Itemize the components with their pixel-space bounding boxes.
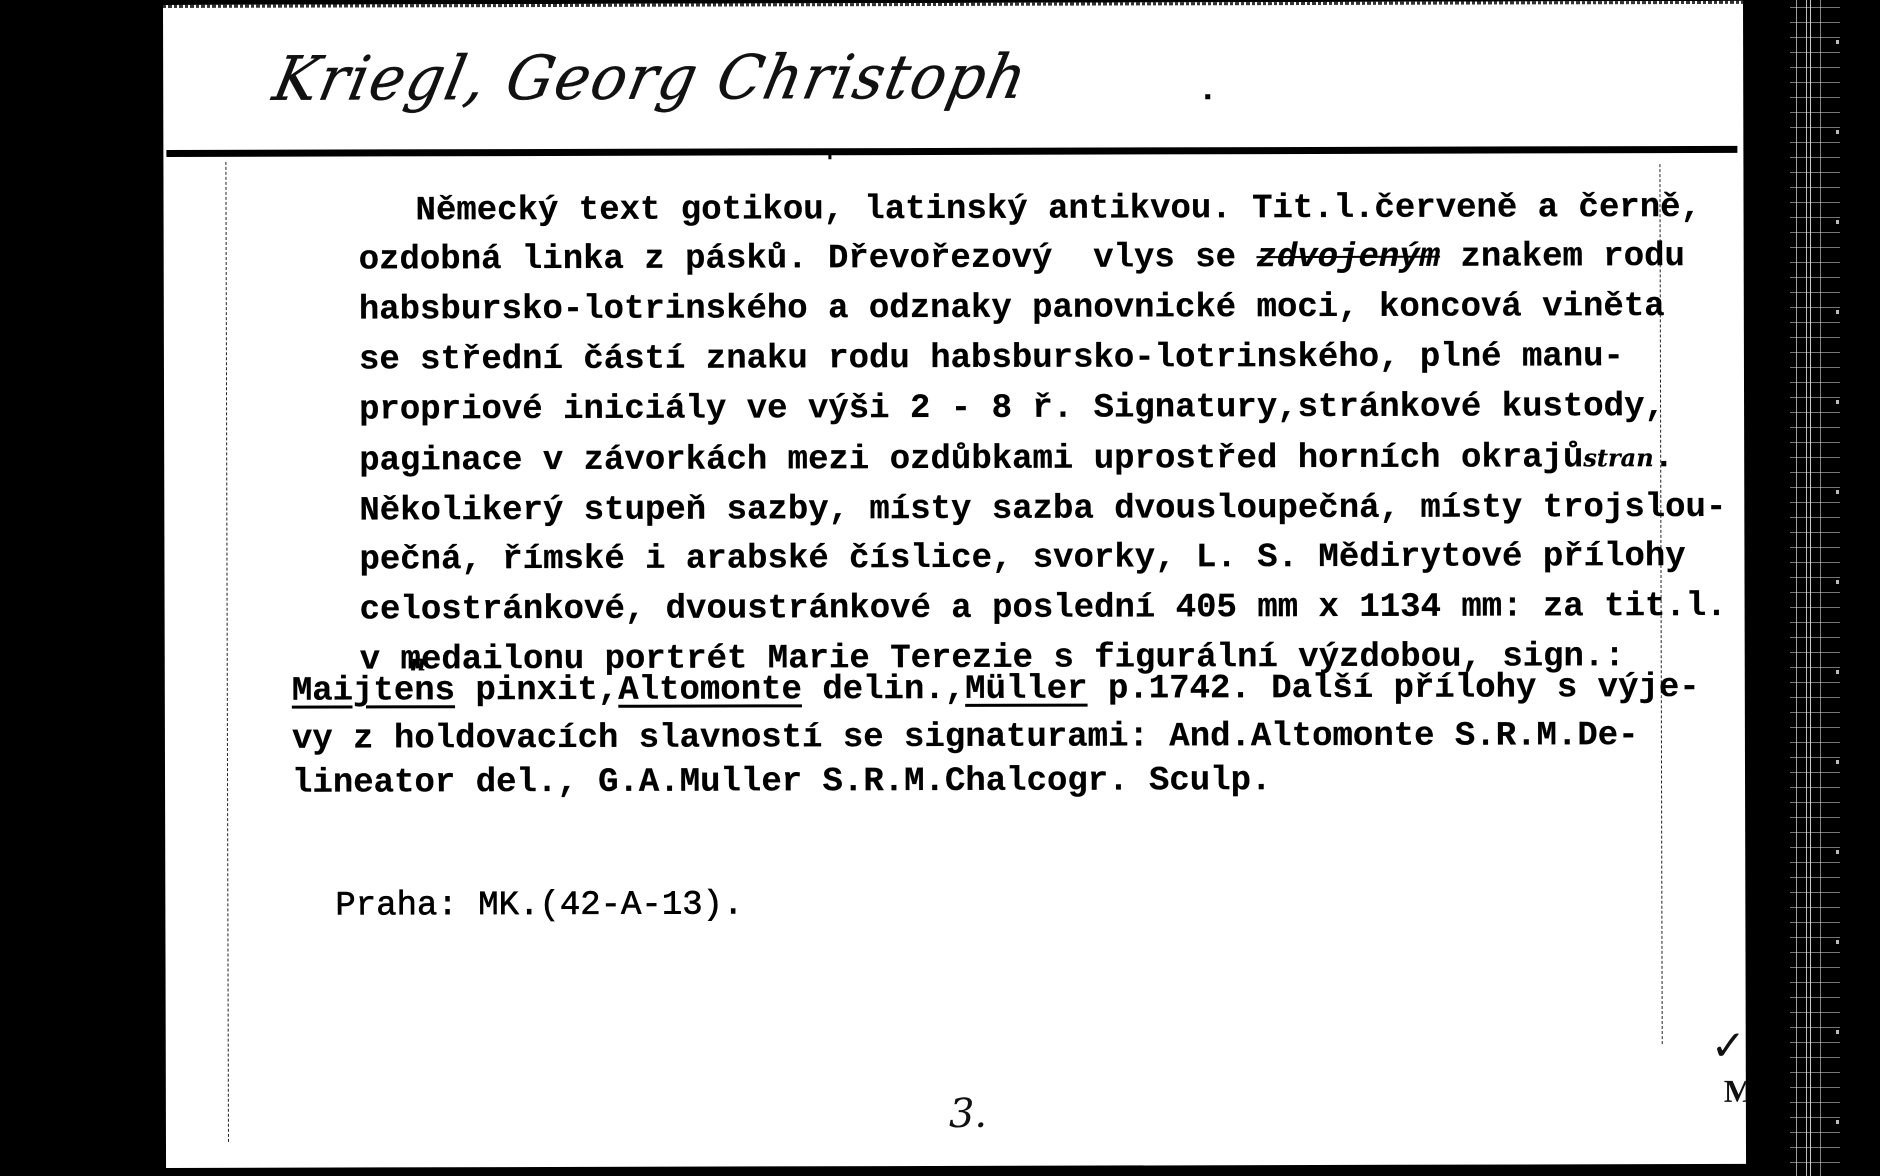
typed-text: pečná, římské i arabské číslice, svorky,… <box>359 538 1685 579</box>
handwritten-page-number: 3. <box>949 1091 987 1137</box>
typed-text: p.1742. Další přílohy s výje- <box>1088 669 1700 709</box>
handwritten-note: stran <box>1583 443 1653 472</box>
signature-line: vy z holdovacích slavností se signaturam… <box>292 719 1639 757</box>
typed-line: habsbursko-lotrinského a odznaky panovni… <box>359 290 1665 327</box>
typed-text: . <box>1654 439 1675 477</box>
typed-line: Několikerý stupeň sazby, místy sazba dvo… <box>359 491 1726 529</box>
location-line: Praha: MK.(42-A-13). <box>335 888 743 923</box>
typed-text: propriové iniciály ve výši 2 - 8 ř. Sign… <box>359 388 1665 429</box>
typed-text: vy z holdovacích slavností se signaturam… <box>292 717 1639 759</box>
underlined-name: Maijtensn <box>292 672 455 710</box>
checkmark-icon: ✓ <box>1711 1021 1746 1070</box>
typed-line: paginace v závorkách mezi ozdůbkami upro… <box>359 441 1674 478</box>
underlined-name: Altomonte <box>618 671 802 709</box>
typed-text: Několikerý stupeň sazby, místy sazba dvo… <box>359 489 1726 531</box>
underlined-name: Müller <box>965 671 1088 709</box>
scanner-edge-strip <box>1790 0 1840 1176</box>
typed-text: lineator del., G.A.Muller S.R.M.Chalcogr… <box>292 762 1271 803</box>
edge-letter: M <box>1724 1073 1746 1110</box>
typed-text: ozdobná linka z pásků. Dřevořezový vlys … <box>359 239 1257 279</box>
typed-line: se střední částí znaku rodu habsbursko-l… <box>359 340 1624 377</box>
typed-text: paginace v závorkách mezi ozdůbkami upro… <box>359 439 1583 480</box>
typed-text: pinxit, <box>455 672 618 710</box>
header-rule <box>166 146 1737 157</box>
left-margin-line <box>225 162 229 1142</box>
typed-line: Německý text gotikou, latinský antikvou.… <box>415 191 1701 228</box>
signature-line: Maijtensn pinxit,Altomonte delin.,Müller… <box>292 671 1700 709</box>
typed-text: celostránkové, dvoustránkové a poslední … <box>360 588 1727 630</box>
typed-text: se střední částí znaku rodu habsbursko-l… <box>359 338 1624 379</box>
ink-speck <box>1205 94 1210 99</box>
typed-text: znakem rodu <box>1440 238 1685 277</box>
struck-word: zdvojeným <box>1256 239 1440 277</box>
scan-edge-noise <box>163 1 1743 8</box>
typed-text: delin., <box>802 671 965 709</box>
typed-line: ozdobná linka z pásků. Dřevořezový vlys … <box>359 240 1685 277</box>
signature-line: lineator del., G.A.Muller S.R.M.Chalcogr… <box>292 764 1271 801</box>
catalog-card: Kriegl, Georg Christoph Německý text got… <box>163 1 1746 1168</box>
typed-line: propriové iniciály ve výši 2 - 8 ř. Sign… <box>359 390 1665 427</box>
handwritten-correction: n <box>410 646 426 680</box>
ink-speck <box>828 153 831 159</box>
typed-text: Německý text gotikou, latinský antikvou.… <box>415 189 1701 230</box>
typed-line: pečná, římské i arabské číslice, svorky,… <box>359 540 1685 577</box>
handwritten-heading: Kriegl, Georg Christoph <box>268 41 1035 114</box>
typed-text: habsbursko-lotrinského a odznaky panovni… <box>359 288 1665 329</box>
scanner-edge-dots <box>1836 0 1839 1176</box>
typed-line: celostránkové, dvoustránkové a poslední … <box>360 590 1727 628</box>
